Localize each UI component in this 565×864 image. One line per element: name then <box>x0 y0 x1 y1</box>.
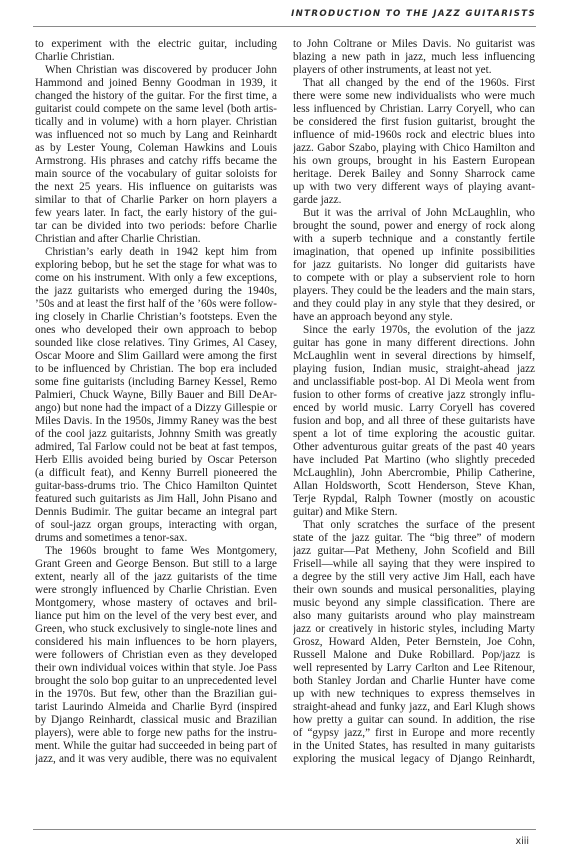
text-line: up with two very different ways of playi… <box>293 181 535 194</box>
text-line: by Django Reinhardt, classical music and… <box>35 714 277 727</box>
text-line: playing fusion, Indian music, straight-a… <box>293 363 535 376</box>
text-line: also many guitarists around who play mai… <box>293 610 535 623</box>
text-line: ing closely in Charlie Christian’s foots… <box>35 311 277 324</box>
left-column: to experiment with the electric guitar, … <box>35 38 277 766</box>
text-line: guitar-bass-drums trio. The Chico Hamilt… <box>35 480 277 493</box>
text-line: Miles Davis. In the 1950s, Jimmy Raney w… <box>35 415 277 428</box>
text-line: and unclassifiable post-bop. Al Di Meola… <box>293 376 535 389</box>
text-line: ango) but none had the impact of a Dizzy… <box>35 402 277 415</box>
text-line: When Christian was discovered by produce… <box>35 64 277 77</box>
right-column: to John Coltrane or Miles Davis. No guit… <box>293 38 535 766</box>
text-line: as by Lester Young, Coleman Hawkins and … <box>35 142 277 155</box>
text-line: Other adventurous guitar greats of the p… <box>293 441 535 454</box>
text-line: influence of mid-1960s rock and electric… <box>293 129 535 142</box>
text-line: tarist Laurindo Almeida and Charlie Byrd… <box>35 701 277 714</box>
text-line: Armstrong. His phrases and catchy riffs … <box>35 155 277 168</box>
text-line: was influenced not so much by Lang and R… <box>35 129 277 142</box>
text-line: tically and in volume) with a horn playe… <box>35 116 277 129</box>
text-line: and they could play in any style that th… <box>293 298 535 311</box>
text-line: to experiment with the electric guitar, … <box>35 38 277 51</box>
text-line: considered his main influences to be hor… <box>35 636 277 649</box>
text-line: their own sounds and musical personaliti… <box>293 584 535 597</box>
text-line: a degree by the still very active Jim Ha… <box>293 571 535 584</box>
text-line: brought the sound, power and energy of r… <box>293 220 535 233</box>
text-line: Terje Rypdal, Ralph Towner (mostly on ac… <box>293 493 535 506</box>
text-line: come on his instrument. With only a few … <box>35 272 277 285</box>
text-line: garde jazz. <box>293 194 535 207</box>
text-line: fusion and bop, and all three of these g… <box>293 415 535 428</box>
text-line: Montgomery, whose mastery of octaves and… <box>35 597 277 610</box>
text-line: in the 1970s. But few, other than the Br… <box>35 688 277 701</box>
text-line: imagination, that opened up infinite pos… <box>293 246 535 259</box>
text-line: main source of the vocabulary of guitar … <box>35 168 277 181</box>
text-line: ment. While the guitar had succeeded in … <box>35 740 277 753</box>
text-line: McLaughlin went in several directions by… <box>293 350 535 363</box>
text-line: how pretty a guitar can sound. In additi… <box>293 714 535 727</box>
text-line: to compete with or play a subservient ro… <box>293 272 535 285</box>
text-line: have included Pat Martino (who slightly … <box>293 454 535 467</box>
text-line: were strongly influenced by Charlie Chri… <box>35 584 277 597</box>
text-line: of the cool jazz guitarists, Johnny Smit… <box>35 428 277 441</box>
text-line: be considered the first fusion guitarist… <box>293 116 535 129</box>
text-line: That only scratches the surface of the p… <box>293 519 535 532</box>
text-line: of soul-jazz organ groups, interacting w… <box>35 519 277 532</box>
text-line: guitar) and Mike Stern. <box>293 506 535 519</box>
text-line: their own individual voices within that … <box>35 662 277 675</box>
text-line: players. They could be the leaders and t… <box>293 285 535 298</box>
text-line: players of other instruments, at least n… <box>293 64 535 77</box>
text-line: changed the history of the guitar. For t… <box>35 90 277 103</box>
text-line: for jazz guitarists. No longer did guita… <box>293 259 535 272</box>
text-line: featured such guitarists as Jim Hall, Jo… <box>35 493 277 506</box>
text-line: to be influenced by Christian. The bop e… <box>35 363 277 376</box>
text-line: The 1960s brought to fame Wes Montgomery… <box>35 545 277 558</box>
running-head: INTRODUCTION TO THE JAZZ GUITARISTS <box>33 9 536 19</box>
text-line: in the United States, has resulted in ma… <box>293 740 535 753</box>
text-line: few years later. In fact, the early hist… <box>35 207 277 220</box>
text-line: state of the jazz guitar. The “big three… <box>293 532 535 545</box>
text-line: Green, who stuck exclusively to single-n… <box>35 623 277 636</box>
text-line: similar to that of Charlie Parker on hor… <box>35 194 277 207</box>
text-line: guitar has gone in many different direct… <box>293 337 535 350</box>
text-line: But it was the arrival of John McLaughli… <box>293 207 535 220</box>
text-line: ones who developed their own approach to… <box>35 324 277 337</box>
text-line: Grosz, Howard Alden, Peter Bernstein, Jo… <box>293 636 535 649</box>
text-line: exploring the musical legacy of Django R… <box>293 753 535 766</box>
text-line: less influenced by Christian. Larry Cory… <box>293 103 535 116</box>
text-line: players), were able to forge new paths f… <box>35 727 277 740</box>
text-line: guitarist could compete on the same leve… <box>35 103 277 116</box>
text-line: Herb Ellis avoided being buried by Oscar… <box>35 454 277 467</box>
text-line: were followers of Christian even as they… <box>35 649 277 662</box>
text-line: some fine guitarists (including Barney K… <box>35 376 277 389</box>
text-line: ’50s and at least the first half of the … <box>35 298 277 311</box>
text-line: the jazz guitarists who emerged during t… <box>35 285 277 298</box>
text-line: (a difficult feat), and Kenny Burrell pi… <box>35 467 277 480</box>
text-line: jazz, and it was very audible, there was… <box>35 753 277 766</box>
page-number: xiii <box>33 836 529 847</box>
text-line: Hammond and joined Benny Goodman in 1939… <box>35 77 277 90</box>
text-line: Oscar Moore and Slim Gaillard were among… <box>35 350 277 363</box>
text-line: jazz. Gabor Szabo, playing with Chico Ha… <box>293 142 535 155</box>
text-line: Since the early 1970s, the evolution of … <box>293 324 535 337</box>
text-line: drums and sometimes a tenor-sax. <box>35 532 277 545</box>
text-line: liance put him on the level of the very … <box>35 610 277 623</box>
text-line: Palmieri, Chuck Wayne, Billy Bauer and B… <box>35 389 277 402</box>
text-line: jazz guitar—Pat Metheny, John Scofield a… <box>293 545 535 558</box>
text-line: Christian and after Charlie Christian. <box>35 233 277 246</box>
text-line: the next 25 years. His influence on guit… <box>35 181 277 194</box>
text-line: sounded like close relatives. Tiny Grime… <box>35 337 277 350</box>
footer-rule <box>33 829 536 830</box>
text-line: to John Coltrane or Miles Davis. No guit… <box>293 38 535 51</box>
text-line: spent a lot of time exploring the acoust… <box>293 428 535 441</box>
text-line: heritage. Derek Bailey and Sonny Sharroc… <box>293 168 535 181</box>
text-line: jazz or creatively in historic styles, i… <box>293 623 535 636</box>
text-line: have an approach beyond any style. <box>293 311 535 324</box>
text-line: with a superb technique and a constantly… <box>293 233 535 246</box>
text-line: enced by world music. Larry Coryell has … <box>293 402 535 415</box>
text-line: admired, Tal Farlow could not be beat at… <box>35 441 277 454</box>
text-line: That all changed by the end of the 1960s… <box>293 77 535 90</box>
text-line: music beyond any simple classification. … <box>293 597 535 610</box>
text-line: exploring bebop, but he set the stage fo… <box>35 259 277 272</box>
text-line: McLaughlin), John Abercrombie, Philip Ca… <box>293 467 535 480</box>
text-line: Grant Green and George Benson. But still… <box>35 558 277 571</box>
text-line: brought the solo bop guitar to an unprec… <box>35 675 277 688</box>
text-line: Allan Holdsworth, Scott Henderson, Steve… <box>293 480 535 493</box>
text-line: Dennis Budimir. The guitar became an int… <box>35 506 277 519</box>
text-line: tar can be divided into two periods: bef… <box>35 220 277 233</box>
text-line: Christian’s early death in 1942 kept him… <box>35 246 277 259</box>
text-line: fusion to other forms of creative jazz s… <box>293 389 535 402</box>
text-line: his own groups, brought in his Eastern E… <box>293 155 535 168</box>
text-line: Russell Malone and Duke Robillard. Pop/j… <box>293 649 535 662</box>
text-line: Frisell—while all saying that they were … <box>293 558 535 571</box>
text-line: there were some new individualists who w… <box>293 90 535 103</box>
text-line: well represented by Larry Carlton and Le… <box>293 662 535 675</box>
text-line: extent, nearly all of the jazz guitarist… <box>35 571 277 584</box>
text-line: straight-ahead and funky jazz, and Earl … <box>293 701 535 714</box>
text-line: of “gypsy jazz,” first in Europe and mor… <box>293 727 535 740</box>
text-line: up with new techniques to express themse… <box>293 688 535 701</box>
header-rule <box>33 26 536 27</box>
text-line: blazing a new path in jazz, much less in… <box>293 51 535 64</box>
text-line: both Stanley Jordan and Charlie Hunter h… <box>293 675 535 688</box>
text-line: Charlie Christian. <box>35 51 277 64</box>
